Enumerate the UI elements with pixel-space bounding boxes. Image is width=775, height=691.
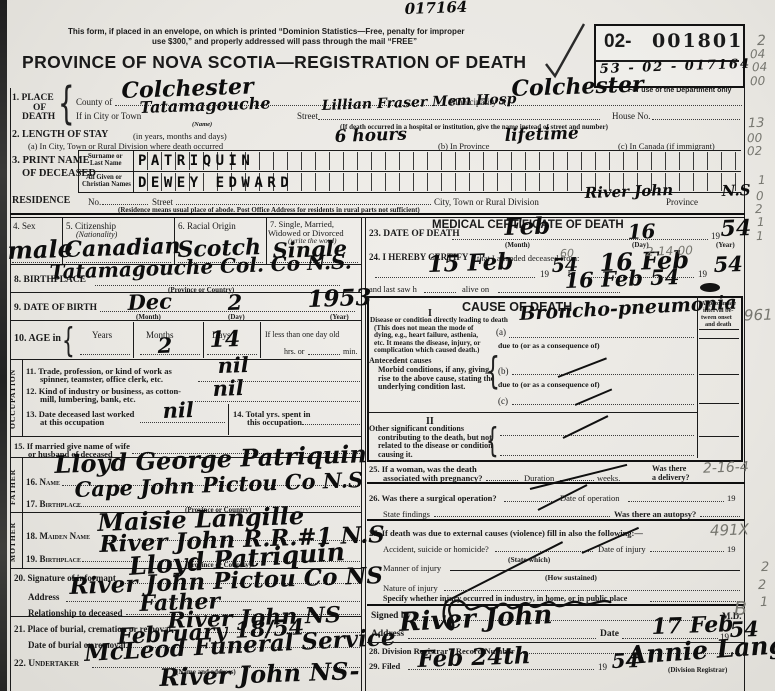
occupation-side-label: OCCUPATION (8, 363, 17, 435)
f27-how-sustained: (How sustained) (545, 573, 597, 582)
signed-address-dots (408, 637, 596, 639)
mother-side-label: MOTHER (8, 521, 17, 563)
f23-label: 23. DATE OF DEATH (369, 229, 460, 239)
f23-month: Feb (504, 212, 551, 241)
row10-bottom-rule (10, 359, 362, 360)
f27-label: 27. If death was due to external causes … (369, 528, 643, 538)
age-div-1 (133, 322, 134, 358)
residence-division-value: River John (584, 181, 673, 202)
interval-row-b (699, 374, 739, 375)
scan-torn-edge (0, 0, 7, 691)
name-grid-mid (78, 171, 741, 172)
cause-b-label: (b) (498, 366, 509, 376)
pencil-mark: 02 (747, 144, 763, 159)
f29-label: 29. Filed (369, 661, 400, 671)
f27-specify-dots (650, 600, 740, 602)
municipality-value: Colchester (511, 71, 644, 102)
cause-b-dots (512, 373, 694, 375)
f13-label-2: at this occupation (40, 417, 104, 427)
mail-note-line2: use $300,” and properly addressed will p… (152, 37, 417, 46)
street-dotted-line (318, 118, 600, 120)
form-right-border (744, 24, 745, 691)
f11-label-2: spinner, teamster, office clerk, etc. (40, 374, 163, 384)
f29-dots (408, 668, 594, 670)
form-title: PROVINCE OF NOVA SCOTIA—REGISTRATION OF … (22, 52, 526, 73)
age-min-label: min. (343, 347, 357, 356)
street-label: Street (297, 111, 318, 121)
f26-autopsy-dots (700, 515, 740, 517)
occupation-band-line (22, 360, 23, 437)
age-brace: { (62, 320, 75, 361)
age-days-value: 14 (209, 326, 241, 353)
pencil-mark: 04 (752, 60, 768, 75)
f26-autopsy-label: Was there an autopsy? (614, 509, 696, 519)
f24-from-dots (375, 276, 535, 278)
residence-label: RESIDENCE (12, 195, 70, 206)
surname-sub-2: Last Name (90, 160, 122, 167)
racial-origin-label: 6. Racial Origin (178, 221, 236, 231)
cause-d5: complication which caused death.) (374, 346, 479, 354)
f25-delivery-label-1: Was there (652, 464, 686, 473)
f24-lastsaw-dots-1 (424, 291, 456, 293)
father-band-line (22, 457, 23, 512)
row26-bottom-rule (367, 519, 745, 521)
birth-month-value: Dec (127, 288, 172, 315)
given-names-value: DEWEY EDWARD (138, 175, 293, 191)
top-serial-handwritten: 017164 (404, 0, 467, 18)
pencil-mark: 2-14-00 (646, 243, 693, 259)
f26-dots-1 (504, 500, 552, 502)
other-dots-2 (500, 454, 694, 456)
f24-lastsaw-label-a: and last saw h (369, 284, 417, 294)
f2-label: 2. LENGTH OF STAY (12, 129, 108, 140)
cause-c-label: (c) (498, 396, 508, 406)
house-no-dotted-line (652, 118, 740, 120)
ink-blot (700, 283, 720, 292)
pencil-mark: 2-16-4 (703, 459, 749, 477)
pencil-mark: 961 (744, 306, 773, 325)
mail-note-line1: This form, if placed in an envelope, on … (68, 27, 465, 36)
f24-lastsaw-value: 16 Feb 54 (564, 264, 680, 293)
f27-manner-label: Manner of injury (383, 563, 441, 573)
age-div-3 (260, 322, 261, 358)
county-label: County of (76, 97, 112, 107)
residence-province-label: Province (666, 197, 698, 207)
header-double-rule-1 (10, 213, 745, 215)
residence-no-dots (102, 203, 148, 205)
age-hrs-dots (308, 353, 340, 355)
f13-value: nil (162, 397, 194, 423)
f24-lastsaw-label-b: alive on (462, 284, 489, 294)
f26-date-label: Date of operation (560, 493, 619, 503)
father-side-label: FATHER (8, 466, 17, 508)
f3-label-1: 3. PRINT NAME (12, 155, 90, 166)
f13-14-divider (228, 404, 229, 435)
f25-delivery-label-2: a delivery? (652, 473, 690, 482)
f1-label-death: DEATH (22, 112, 55, 122)
f26-findings-dots (434, 515, 610, 517)
pencil-mark: 491X (710, 520, 750, 539)
age-months-dots (140, 353, 200, 355)
signed-date-label: Date (600, 629, 619, 639)
residence-province-value: N.S (721, 181, 750, 200)
stamp-prefix: 02- (604, 31, 631, 53)
f14-dots (302, 423, 360, 425)
mother-maiden-label: 18. Maiden Name (26, 531, 90, 541)
cause-a-dots (509, 336, 694, 338)
other-dots-1 (500, 434, 694, 436)
residence-no-label: No. (88, 197, 101, 207)
f29-sub: (Division Registrar) (668, 666, 727, 674)
f25-dots-1 (486, 479, 518, 481)
f27-manner-line (450, 570, 740, 571)
undertaker-label: 22. Undertaker (14, 659, 79, 669)
age-label: 10. AGE in (14, 333, 61, 344)
interval-row-ii (699, 436, 739, 437)
mother-birthplace-label: 19. Birthplace (26, 554, 81, 564)
f27-accident-label: Accident, suicide or homicide? (383, 544, 489, 554)
f23-dots (452, 238, 708, 240)
f14-label-2: this occupation (247, 417, 302, 427)
pencil-mark: 1 (758, 173, 766, 187)
f26-findings-label: State findings (383, 509, 430, 519)
cause-due-1: due to (or as a consequence of) (498, 341, 600, 350)
house-no-label: House No. (612, 111, 651, 121)
f24-year-print-2: 19 (698, 269, 707, 279)
f29-year-print: 19 (598, 662, 607, 672)
mother-band-line (22, 512, 23, 568)
occupation-bottom-rule (10, 436, 362, 437)
row25-bottom-rule (367, 482, 745, 484)
interval-label-4: and death (705, 321, 731, 328)
pencil-mark: 2 (761, 560, 770, 575)
interval-row-a (699, 338, 739, 339)
f24-from-value: 15 Feb (427, 248, 514, 278)
birth-year-value: 1953 (307, 284, 372, 313)
f27-injury-date-dots (650, 550, 724, 552)
given-sub-2: Christian Names (82, 181, 131, 188)
stamp-number: 001801 (652, 30, 743, 52)
undertaker-address-value: River John NS- (159, 656, 360, 691)
antecedent-1: Antecedent causes (369, 356, 431, 365)
f27-injury-date-label: Date of injury (598, 544, 646, 554)
age-hrs-label: hrs. or (284, 347, 304, 356)
interval-header-rule (699, 329, 739, 330)
city-sub: (Name) (192, 121, 212, 128)
f24-year-print-1: 19 (540, 269, 549, 279)
surname-sub-1: Surname or (88, 153, 123, 160)
f3-label-2: OF DECEASED (22, 168, 96, 179)
f11-value: nil (217, 352, 249, 378)
f2b-value: lifetime (504, 123, 579, 146)
father-birthplace-label: 17. Birthplace (26, 499, 81, 509)
interval-row-c (699, 403, 739, 404)
death-registration-form: 017164 This form, if placed in an envelo… (0, 0, 775, 691)
interval-column-divider (697, 296, 698, 458)
pencil-mark: 2 (758, 578, 767, 593)
other-brace: { (486, 420, 499, 461)
f26-dots-2 (628, 500, 724, 502)
f26-label: 26. Was there a surgical operation? (369, 493, 497, 503)
header-double-rule-2 (10, 217, 745, 219)
cause-c-dots (512, 403, 694, 405)
informant-address-label: Address (28, 592, 59, 602)
age-years-dots (80, 353, 130, 355)
residence-division-label: City, Town or Rural Division (434, 197, 539, 207)
age-years-label: Years (92, 330, 112, 340)
cause-section-divider (369, 412, 697, 413)
pencil-mark: 1 (757, 215, 765, 229)
f2-label-paren: (in years, months and days) (133, 131, 227, 141)
pencil-mark: 13 (748, 116, 765, 132)
pencil-mark: B (734, 598, 748, 620)
f12-label-2: mill, lumbering, bank, etc. (40, 394, 136, 404)
age-div-2 (203, 322, 204, 358)
f1-label-place: 1. PLACE (12, 93, 54, 103)
pencil-mark: 00 (750, 74, 766, 89)
age-less-label: If less than one day old (265, 330, 339, 339)
residence-street-dots (176, 203, 431, 205)
f24-to-year: 54 (713, 251, 743, 277)
f12-dots (195, 400, 360, 402)
date-of-birth-label: 9. DATE OF BIRTH (14, 303, 97, 313)
sex-label: 4. Sex (13, 221, 36, 231)
other-4: causing it. (378, 450, 413, 459)
street-value: Lillian Fraser Mem Hosp (321, 91, 516, 114)
f27-year-print: 19 (727, 544, 736, 554)
f1-brace: { (58, 80, 75, 131)
f26-year-print: 19 (727, 493, 736, 503)
given-sub-1: All Given or (86, 174, 122, 181)
f23-year: 54 (720, 215, 752, 242)
city-label: If in City or Town (76, 111, 141, 121)
name-grid-top (78, 150, 741, 151)
pencil-mark: 60 (560, 247, 574, 260)
pencil-mark: 1 (756, 229, 764, 243)
city-value: Tatamagouche (139, 93, 270, 117)
cause-due-2: due to (or as a consequence of) (498, 380, 600, 389)
f2a-value: 6 hours (334, 124, 407, 147)
f23-year-sub: (Year) (716, 241, 735, 249)
birth-day-value: 2 (227, 290, 242, 315)
antecedent-4: underlying condition last. (378, 382, 465, 391)
cause-a-label: (a) (496, 327, 506, 337)
f13-dots (140, 421, 225, 423)
pencil-mark: 1 (760, 595, 769, 610)
municipality-dotted-line (505, 104, 742, 106)
surname-value: PATRIQUIN (138, 153, 254, 169)
f23-year-print: 19 (711, 231, 720, 241)
f12-value: nil (212, 375, 244, 401)
